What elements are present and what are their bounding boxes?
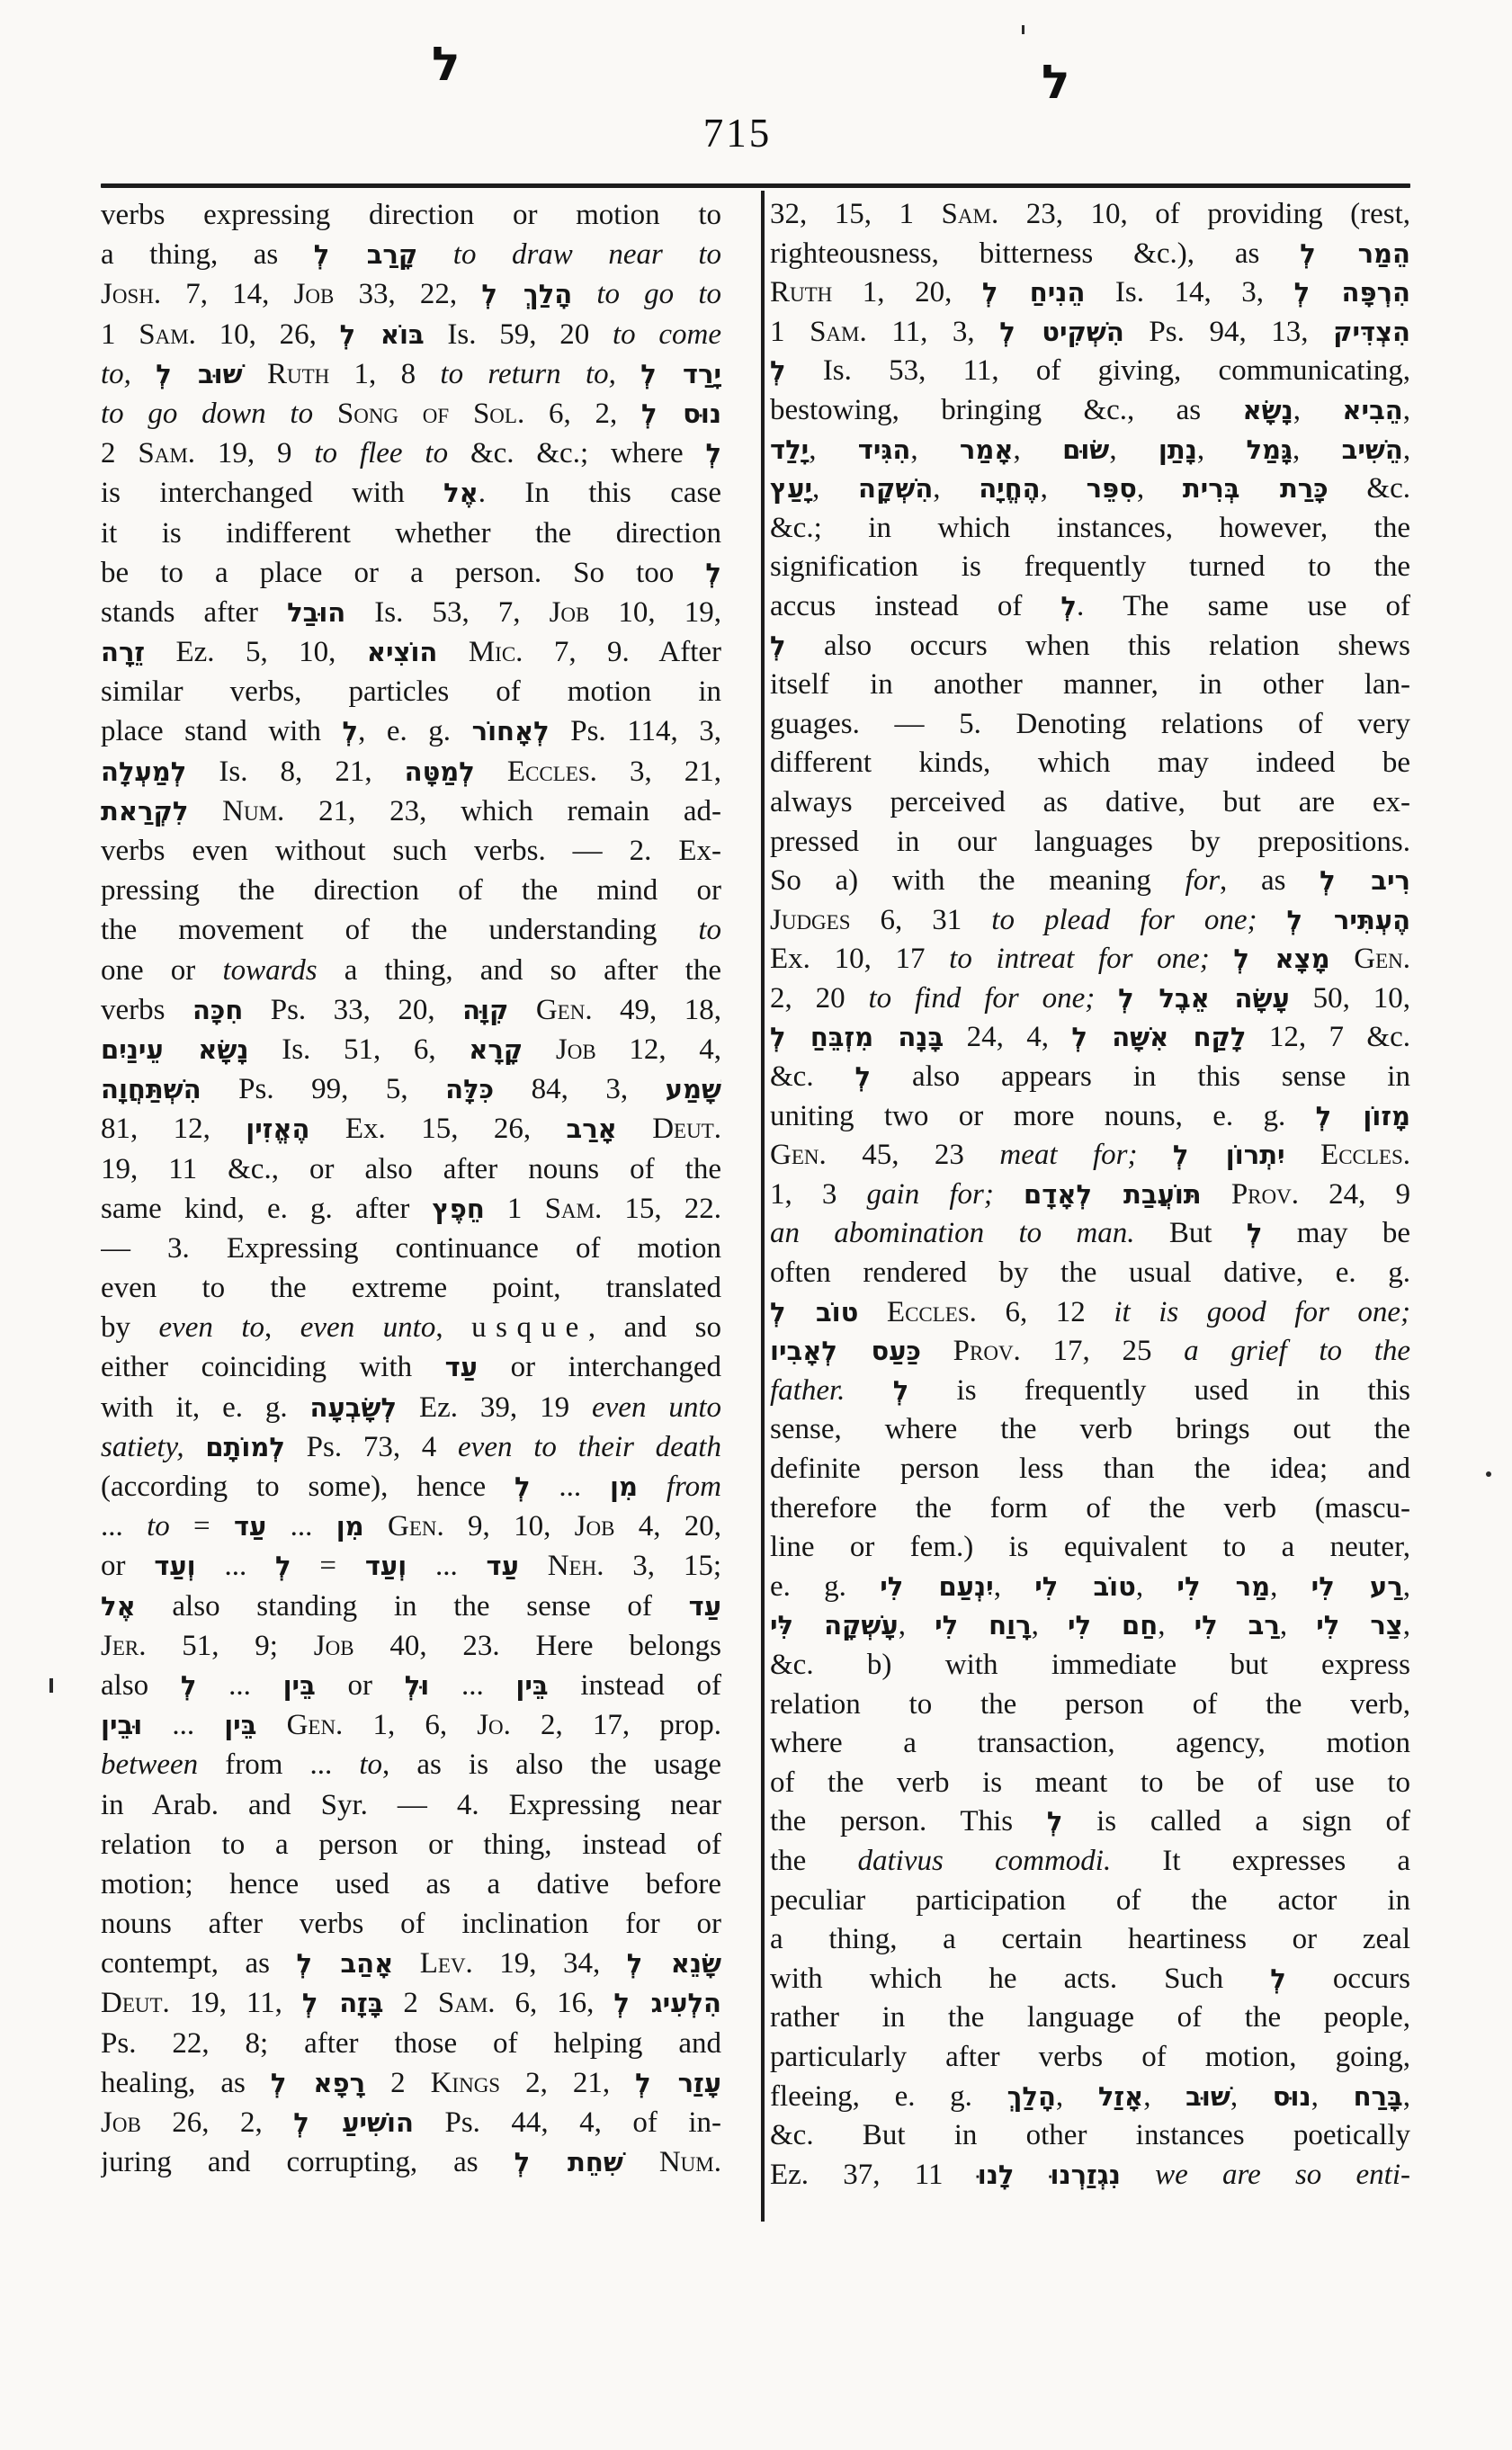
text-line: either coinciding with עַד or interchang… xyxy=(101,1347,721,1387)
text-line: line or fem.) is equivalent to a neuter, xyxy=(770,1528,1410,1568)
text-line: כַּעַס לְאָבִיו Prov. 17, 25 a grief to … xyxy=(770,1332,1410,1372)
text-segment xyxy=(519,1550,548,1582)
text-segment: ... xyxy=(266,1510,336,1542)
hebrew-text: וּלְ xyxy=(405,1670,430,1701)
text-line: to, שׁוּב לְ Ruth 1, 8 to return to, יָר… xyxy=(101,354,721,394)
text-segment: 3, 15; xyxy=(604,1550,721,1582)
text-segment: Gen. xyxy=(388,1510,444,1542)
hebrew-text: הֶעְתִּיר לְ xyxy=(1286,905,1410,935)
text-segment: by xyxy=(101,1311,158,1344)
text-segment: to xyxy=(359,1748,382,1781)
hebrew-text: סִפֵּר xyxy=(1087,473,1137,504)
hebrew-text: מָצָא לְ xyxy=(1233,943,1329,974)
text-line: 1, 3 gain for; תּוֹעֲבַת לְאָדָם Prov. 2… xyxy=(770,1176,1410,1215)
hebrew-text: לְמַעְלָה xyxy=(101,756,186,787)
text-segment: , xyxy=(1158,1609,1194,1641)
text-segment: father. xyxy=(770,1374,845,1407)
text-line: where a transaction, agency, motion xyxy=(770,1724,1410,1764)
text-line: (according to some), hence לְ ... מִן fr… xyxy=(101,1467,721,1507)
text-line: Job 26, 2, הוֹשִׁיעַ לְ Ps. 44, 4, of in… xyxy=(101,2103,721,2142)
text-segment: 1, 20, xyxy=(832,276,982,308)
text-segment: usque xyxy=(471,1311,588,1344)
hebrew-text: חַם לִי xyxy=(1068,1610,1158,1641)
text-segment xyxy=(617,1113,652,1145)
text-segment: 24, 9 xyxy=(1299,1178,1410,1211)
text-line: between from ... to, as is also the usag… xyxy=(101,1745,721,1784)
text-segment: in Arab. and Syr. — 4. Expressing near xyxy=(101,1789,721,1821)
text-segment: Gen. xyxy=(1354,943,1410,975)
text-segment: Ez. 39, 19 xyxy=(397,1391,592,1424)
hebrew-text: כִּלָּה xyxy=(445,1074,494,1104)
hebrew-text: לְ xyxy=(705,438,721,469)
text-segment: — 3. Expressing continuance of motion xyxy=(101,1232,721,1265)
text-line: often rendered by the usual dative, e. g… xyxy=(770,1254,1410,1293)
text-segment: &c. But in other instances poetically xyxy=(770,2119,1410,2151)
hebrew-text: לְשָׂבְעָה xyxy=(310,1392,398,1423)
text-segment: guages. — 5. Denoting relations of very xyxy=(770,708,1410,740)
scan-artifact xyxy=(1022,25,1024,34)
hebrew-text: עַד xyxy=(445,1352,478,1382)
text-segment: or xyxy=(316,1669,405,1702)
text-segment: 3, 21, xyxy=(597,756,721,788)
text-line: Judges 6, 31 to plead for one; הֶעְתִּיר… xyxy=(770,901,1410,941)
text-segment: , and so xyxy=(588,1311,721,1344)
text-segment: e. g. xyxy=(770,1570,880,1603)
text-line: לְ also occurs when this relation shews xyxy=(770,627,1410,666)
text-line: וּבֵין ... בֵּין Gen. 1, 6, Jo. 2, 17, p… xyxy=(101,1705,721,1745)
text-segment: &c. xyxy=(770,1060,854,1093)
text-segment xyxy=(616,358,640,390)
hebrew-text: בּוֹא לְ xyxy=(340,319,425,350)
text-line: Ruth 1, 20, הֵנִיחַ לְ Is. 14, 3, הִרְפָ… xyxy=(770,273,1410,313)
hebrew-text: לְמוֹתָם xyxy=(205,1432,285,1462)
text-line: an abomination to man. But לְ may be xyxy=(770,1214,1410,1254)
hebrew-text: לְ xyxy=(275,1551,291,1581)
text-segment: from ... xyxy=(198,1748,359,1781)
text-segment: an abomination to man. xyxy=(770,1217,1135,1249)
text-line: definite person less than the idea; and xyxy=(770,1450,1410,1489)
text-line: in Arab. and Syr. — 4. Expressing near xyxy=(101,1785,721,1825)
text-segment: sense, where the verb brings out the xyxy=(770,1413,1410,1445)
text-segment: satiety, xyxy=(101,1431,184,1463)
text-segment: from xyxy=(667,1471,721,1503)
text-segment: , xyxy=(1293,394,1343,426)
text-segment: we are so enti- xyxy=(1155,2159,1410,2191)
text-segment: pressing the direction of the mind or xyxy=(101,874,721,907)
text-segment: Sam. xyxy=(138,437,195,469)
hebrew-text: יִתְרוֹן לְ xyxy=(1173,1140,1285,1170)
text-line: ... to = עַד ... מִן Gen. 9, 10, Job 4, … xyxy=(101,1507,721,1546)
text-segment: ... xyxy=(531,1471,610,1503)
hebrew-text: מָזוֹן לְ xyxy=(1316,1101,1410,1131)
text-segment: Is. 53, 7, xyxy=(345,596,549,629)
hebrew-text: קָרָא xyxy=(469,1034,523,1065)
book-page: ל 715 ל verbs expressing direction or mo… xyxy=(0,0,1512,2450)
text-segment: to find for one; xyxy=(868,982,1095,1015)
text-segment: same kind, e. g. after xyxy=(101,1193,433,1225)
text-line: אֶל also standing in the sense of עַד xyxy=(101,1587,721,1626)
text-segment: Eccles. xyxy=(1320,1139,1410,1171)
text-segment: 1 xyxy=(101,318,139,351)
text-segment xyxy=(1330,943,1355,975)
text-segment: is interchanged with xyxy=(101,477,443,509)
text-segment: with it, e. g. xyxy=(101,1391,310,1424)
text-line: be to a place or a person. So too לְ xyxy=(101,553,721,593)
text-segment xyxy=(1285,1139,1320,1171)
hebrew-text: הֶאֱזִין xyxy=(246,1113,309,1144)
hebrew-text: לְ xyxy=(1060,591,1077,621)
hebrew-text: לְ xyxy=(854,1061,871,1092)
text-line: nouns after verbs of inclination for or xyxy=(101,1904,721,1944)
text-line: 32, 15, 1 Sam. 23, 10, of providing (res… xyxy=(770,195,1410,235)
text-line: &c. But in other instances poetically xyxy=(770,2116,1410,2156)
hebrew-text: עַד xyxy=(234,1511,266,1542)
text-segment: also xyxy=(101,1669,181,1702)
text-segment: Sam. xyxy=(438,1987,496,2019)
text-line: לְ Is. 53, 11, of giving, communicating, xyxy=(770,352,1410,391)
text-line: always perceived as dative, but are ex- xyxy=(770,783,1410,823)
text-line: righteousness, bitterness &c.), as הֵמַר… xyxy=(770,235,1410,274)
text-line: same kind, e. g. after חֵפֶץ 1 Sam. 15, … xyxy=(101,1189,721,1229)
text-segment: Is. 51, 6, xyxy=(249,1033,470,1066)
text-segment xyxy=(1202,1178,1231,1211)
text-segment xyxy=(1121,2159,1155,2191)
text-segment: righteousness, bitterness &c.), as xyxy=(770,237,1300,270)
text-segment: Deut. xyxy=(101,1987,170,2019)
text-segment: 6, 12 xyxy=(977,1296,1114,1328)
hebrew-text: מִן xyxy=(610,1471,638,1502)
text-segment xyxy=(921,1335,953,1367)
text-segment: Song of Sol. xyxy=(337,398,524,430)
text-segment: Job xyxy=(101,2106,141,2139)
text-segment: Gen. xyxy=(770,1139,827,1171)
text-segment: 11, 3, xyxy=(867,316,1000,348)
text-segment: it is good for one; xyxy=(1114,1296,1410,1328)
hebrew-text: מִן xyxy=(336,1511,364,1542)
hebrew-text: הֵמַר לְ xyxy=(1300,238,1410,269)
text-segment: Is. 53, 11, of giving, communicating, xyxy=(786,354,1410,387)
text-line: fleeing, e. g. הָלַךְ, אָזַל, שׁוּב, נוּ… xyxy=(770,2078,1410,2117)
text-segment: , xyxy=(899,1609,935,1641)
text-segment: ... xyxy=(196,1669,282,1702)
text-segment: , xyxy=(1230,2080,1273,2113)
text-segment: , xyxy=(1032,1609,1068,1641)
text-segment: itself in another manner, in other lan- xyxy=(770,668,1410,701)
text-segment: may be xyxy=(1262,1217,1410,1249)
text-segment: 6, 2, xyxy=(524,398,641,430)
text-line: a thing, as קָרַב לְ to draw near to xyxy=(101,235,721,274)
text-segment: be to a place or a person. So too xyxy=(101,557,705,589)
text-segment: , xyxy=(264,1311,300,1344)
hebrew-text: טוֹב לְ xyxy=(770,1297,858,1328)
text-segment: 12, 4, xyxy=(596,1033,721,1066)
hebrew-text: שׁוּב xyxy=(1185,2081,1230,2112)
text-segment: juring and corrupting, as xyxy=(101,2146,514,2178)
text-segment: Kings xyxy=(431,2067,501,2099)
text-segment: Ps. 99, 5, xyxy=(201,1073,446,1105)
text-line: verbs expressing direction or motion to xyxy=(101,195,721,235)
hebrew-text: עָשָׂה אֵבֶל לְ xyxy=(1118,983,1290,1014)
text-line: — 3. Expressing continuance of motion xyxy=(101,1229,721,1268)
hebrew-text: נָתַן xyxy=(1159,434,1197,465)
text-segment: peculiar participation of the actor in xyxy=(770,1884,1410,1917)
text-line: bestowing, bringing &c., as נָשָׂא, הֵבִ… xyxy=(770,391,1410,431)
text-segment: 1 xyxy=(770,316,810,348)
text-segment xyxy=(1095,982,1118,1015)
hebrew-text: עַד xyxy=(689,1591,721,1622)
hebrew-text: הִגִּיד xyxy=(858,434,911,465)
text-segment: place stand with xyxy=(101,715,343,747)
text-line: place stand with לְ, e. g. לְאָחוֹר Ps. … xyxy=(101,711,721,751)
text-segment: to, xyxy=(101,358,131,390)
text-segment: So a) with the meaning xyxy=(770,864,1185,897)
text-segment: Job xyxy=(556,1033,596,1066)
hebrew-text: לְ xyxy=(705,558,721,588)
text-line: with it, e. g. לְשָׂבְעָה Ez. 39, 19 eve… xyxy=(101,1388,721,1427)
text-segment: line or fem.) is equivalent to a neuter, xyxy=(770,1531,1410,1563)
text-segment: 45, 23 xyxy=(827,1139,1000,1171)
text-segment: Mic. xyxy=(469,636,523,668)
right-column: 32, 15, 1 Sam. 23, 10, of providing (res… xyxy=(770,195,1410,2195)
text-segment: even unto xyxy=(300,1311,436,1344)
text-segment: 40, 23. Here belongs xyxy=(354,1630,721,1662)
text-segment: is called a sign of xyxy=(1062,1805,1410,1837)
hebrew-text: שָׁמַע xyxy=(666,1074,721,1104)
text-segment: Ps. 114, 3, xyxy=(550,715,721,747)
hebrew-text: הוֹצִיא xyxy=(367,637,438,667)
text-line: stands after הוּבַל Is. 53, 7, Job 10, 1… xyxy=(101,593,721,632)
text-segment xyxy=(638,1471,667,1503)
text-segment xyxy=(623,2146,659,2178)
text-line: of the verb is meant to be of use to xyxy=(770,1764,1410,1803)
hebrew-text: וְעַד xyxy=(365,1551,407,1581)
text-segment: to return to, xyxy=(440,358,615,390)
text-segment: often rendered by the usual dative, e. g… xyxy=(770,1256,1410,1289)
hebrew-text: הֶחֱיָה xyxy=(979,473,1040,504)
text-segment: even unto xyxy=(592,1391,721,1424)
text-segment: rather in the language of the people, xyxy=(770,2001,1410,2034)
text-segment: Ruth xyxy=(770,276,832,308)
text-line: Deut. 19, 11, בָּזָה לְ 2 Sam. 6, 16, הִ… xyxy=(101,1983,721,2023)
text-segment: 6, 16, xyxy=(496,1987,614,2019)
hebrew-text: חֵפֶץ xyxy=(433,1194,485,1224)
text-segment: even to their death xyxy=(458,1431,721,1463)
text-segment: 17, 25 xyxy=(1021,1335,1184,1367)
text-segment: the xyxy=(770,1845,857,1877)
text-segment: Gen. xyxy=(287,1709,344,1741)
text-segment: &c. &c.; where xyxy=(448,437,705,469)
text-segment: (according to some), hence xyxy=(101,1471,514,1503)
text-segment: accus instead of xyxy=(770,590,1060,622)
text-segment xyxy=(1137,1139,1172,1171)
text-segment: 1, 3 xyxy=(770,1178,867,1211)
text-segment: for xyxy=(1185,864,1221,897)
text-segment: even to the extreme point, translated xyxy=(101,1272,721,1304)
text-segment: Eccles. xyxy=(887,1296,977,1328)
hebrew-text: כַּעַס לְאָבִיו xyxy=(770,1336,921,1366)
text-segment xyxy=(523,1033,556,1066)
text-line: or וְעַד ... לְ = וְעַד ... עַד Neh. 3, … xyxy=(101,1546,721,1586)
text-line: verbs חִכָּה Ps. 33, 20, קִוָּה Gen. 49,… xyxy=(101,990,721,1030)
text-line: itself in another manner, in other lan- xyxy=(770,666,1410,705)
page-number: 715 xyxy=(630,110,845,156)
text-line: the movement of the understanding to xyxy=(101,910,721,950)
text-segment: Neh. xyxy=(548,1550,604,1582)
text-segment xyxy=(364,1510,388,1542)
text-segment: Is. 8, 21, xyxy=(186,756,404,788)
text-segment: , xyxy=(1280,1609,1316,1641)
text-segment: particularly after verbs of motion, goin… xyxy=(770,2041,1410,2073)
hebrew-text: בֵּין xyxy=(515,1670,548,1701)
text-line: different kinds, which may indeed be xyxy=(770,744,1410,783)
text-segment: 2 xyxy=(384,1987,438,2019)
header-hebrew-letter-left: ל xyxy=(432,41,460,88)
text-segment: stands after xyxy=(101,596,287,629)
text-line: So a) with the meaning for, as רִיב לְ xyxy=(770,862,1410,901)
scan-artifact xyxy=(49,1678,53,1693)
hebrew-text: רִיב לְ xyxy=(1320,865,1410,896)
text-segment: , as xyxy=(1220,864,1320,897)
hebrew-text: יָלַד xyxy=(770,434,809,465)
text-segment: 33, 22, xyxy=(334,278,481,310)
text-segment xyxy=(131,358,156,390)
text-segment: ... xyxy=(142,1709,224,1741)
text-segment: , xyxy=(1403,394,1410,426)
text-line: 1 Sam. 11, 3, הִשְׁקִיט לְ Ps. 94, 13, ה… xyxy=(770,313,1410,353)
header-hebrew-letter-right: ל xyxy=(1042,59,1069,106)
text-segment: 84, 3, xyxy=(494,1073,666,1105)
text-segment: to draw near to xyxy=(417,238,721,271)
text-segment: always perceived as dative, but are ex- xyxy=(770,786,1410,818)
hebrew-text: טוֹב לִי xyxy=(1034,1571,1136,1602)
hebrew-text: נוּס xyxy=(1273,2081,1311,2112)
text-segment: , xyxy=(1136,1570,1177,1603)
text-segment: verbs xyxy=(101,994,192,1026)
hebrew-text: אָמַר xyxy=(960,434,1014,465)
text-segment: ... xyxy=(429,1669,515,1702)
text-segment: Ez. 37, 11 xyxy=(770,2159,978,2191)
hebrew-text: בָּרַח xyxy=(1354,2081,1403,2112)
text-segment: Job xyxy=(314,1630,354,1662)
hebrew-text: לְ xyxy=(770,355,786,386)
text-segment: 19, 11, xyxy=(170,1987,302,2019)
text-segment: Job xyxy=(294,278,335,310)
hebrew-text: מַר לִי xyxy=(1176,1571,1270,1602)
text-segment: relation to the person of the verb, xyxy=(770,1688,1410,1721)
text-line: 19, 11 &c., or also after nouns of the xyxy=(101,1149,721,1189)
text-segment: Prov. xyxy=(1231,1178,1299,1211)
text-segment: Gen. xyxy=(536,994,593,1026)
text-line: e. g. יִנְעַם לִי, טוֹב לִי, מַר לִי, רַ… xyxy=(770,1568,1410,1607)
text-segment: motion; hence used as a dative before xyxy=(101,1868,721,1900)
hebrew-text: וּבֵין xyxy=(101,1710,142,1740)
text-segment: = xyxy=(291,1550,365,1582)
text-segment: 2, 17, prop. xyxy=(511,1709,721,1741)
text-segment: or interchanged xyxy=(478,1351,721,1383)
text-segment: , xyxy=(1041,472,1087,505)
text-segment: the person. This xyxy=(770,1805,1047,1837)
hebrew-text: הִלְעִיג לְ xyxy=(613,1988,721,2018)
text-segment: Ez. 5, 10, xyxy=(145,636,367,668)
text-line: נָשָׂא עֵינַיִם Is. 51, 6, קָרָא Job 12,… xyxy=(101,1030,721,1069)
text-segment: , xyxy=(1197,434,1247,466)
text-segment: Sam. xyxy=(810,316,867,348)
text-segment: 1 xyxy=(485,1193,545,1225)
text-line: similar verbs, particles of motion in xyxy=(101,672,721,711)
hebrew-text: הוֹשִׁיעַ לְ xyxy=(293,2107,414,2138)
text-segment: 1, 8 xyxy=(329,358,440,390)
text-segment: nouns after verbs of inclination for or xyxy=(101,1908,721,1940)
text-line: בָּנָה מִזְבֵּחַ לְ 24, 4, לָקַח אִשָּׁה… xyxy=(770,1018,1410,1058)
text-line: 1 Sam. 10, 26, בּוֹא לְ Is. 59, 20 to co… xyxy=(101,315,721,354)
text-segment: , xyxy=(1403,1570,1410,1603)
text-segment: Jo. xyxy=(477,1709,511,1741)
text-segment: it is indifferent whether the direction xyxy=(101,517,721,550)
text-segment: towards xyxy=(222,954,317,987)
text-segment: 6, 31 xyxy=(851,904,992,936)
text-segment: , xyxy=(1014,434,1063,466)
text-line: with which he acts. Such לְ occurs xyxy=(770,1960,1410,1999)
hebrew-text: שׂוּם xyxy=(1062,434,1109,465)
text-line: הִשְׁתַּחֲוָה Ps. 99, 5, כִּלָּה 84, 3, … xyxy=(101,1069,721,1109)
hebrew-text: בֵּין xyxy=(224,1710,256,1740)
hebrew-text: לְ xyxy=(893,1375,909,1406)
text-line: father. לְ is frequently used in this xyxy=(770,1372,1410,1411)
hebrew-text: לְ xyxy=(1047,1806,1063,1837)
hebrew-text: לְאָחוֹר xyxy=(472,716,550,747)
hebrew-text: לְ xyxy=(770,630,786,661)
text-segment: 2, 20 xyxy=(770,982,868,1015)
text-line: pressed in our languages by prepositions… xyxy=(770,823,1410,863)
hebrew-text: נָשָׂא xyxy=(1242,395,1293,425)
text-segment: Jer. xyxy=(101,1630,146,1662)
text-segment: Ruth xyxy=(267,358,329,390)
text-segment: , xyxy=(1293,434,1342,466)
hebrew-text: קִוָּה xyxy=(462,995,508,1025)
text-segment xyxy=(858,1296,887,1328)
column-divider xyxy=(761,191,765,2222)
text-segment: where a transaction, agency, motion xyxy=(770,1727,1410,1759)
text-segment: signification is frequently turned to th… xyxy=(770,550,1410,583)
text-segment: either coinciding with xyxy=(101,1351,445,1383)
text-line: relation to a person or thing, instead o… xyxy=(101,1825,721,1864)
text-segment xyxy=(393,1947,420,1980)
hebrew-text: הֵבִיא xyxy=(1342,395,1402,425)
text-segment: gain for; xyxy=(867,1178,994,1211)
hebrew-text: אָהַב לְ xyxy=(297,1948,394,1979)
text-segment: ... xyxy=(101,1510,147,1542)
text-segment xyxy=(188,795,222,827)
hebrew-text: הִרְפָּה לְ xyxy=(1294,277,1410,308)
text-segment: occurs xyxy=(1286,1963,1410,1995)
hebrew-text: לְמַטָּה xyxy=(405,756,475,787)
text-segment: to plead for one; xyxy=(991,904,1257,936)
text-segment: 1, 6, xyxy=(343,1709,477,1741)
text-segment: It expresses a xyxy=(1111,1845,1410,1877)
text-line: עָשְׁקָה לִּי, רָוַח לִי, חַם לִי, רַב ל… xyxy=(770,1606,1410,1646)
text-segment: Sam. xyxy=(545,1193,603,1225)
text-segment xyxy=(994,1178,1024,1211)
text-segment: Job xyxy=(575,1510,615,1542)
text-segment: Eccles. xyxy=(507,756,597,788)
text-segment: instead of xyxy=(549,1669,721,1702)
text-line: it is indifferent whether the direction xyxy=(101,514,721,553)
hebrew-text: שָׂנֵא לְ xyxy=(627,1948,721,1979)
text-segment: , xyxy=(1137,472,1183,505)
text-segment: Job xyxy=(550,596,590,629)
hebrew-text: עַד xyxy=(487,1551,519,1581)
hebrew-text: שׁוּב לְ xyxy=(156,359,242,389)
